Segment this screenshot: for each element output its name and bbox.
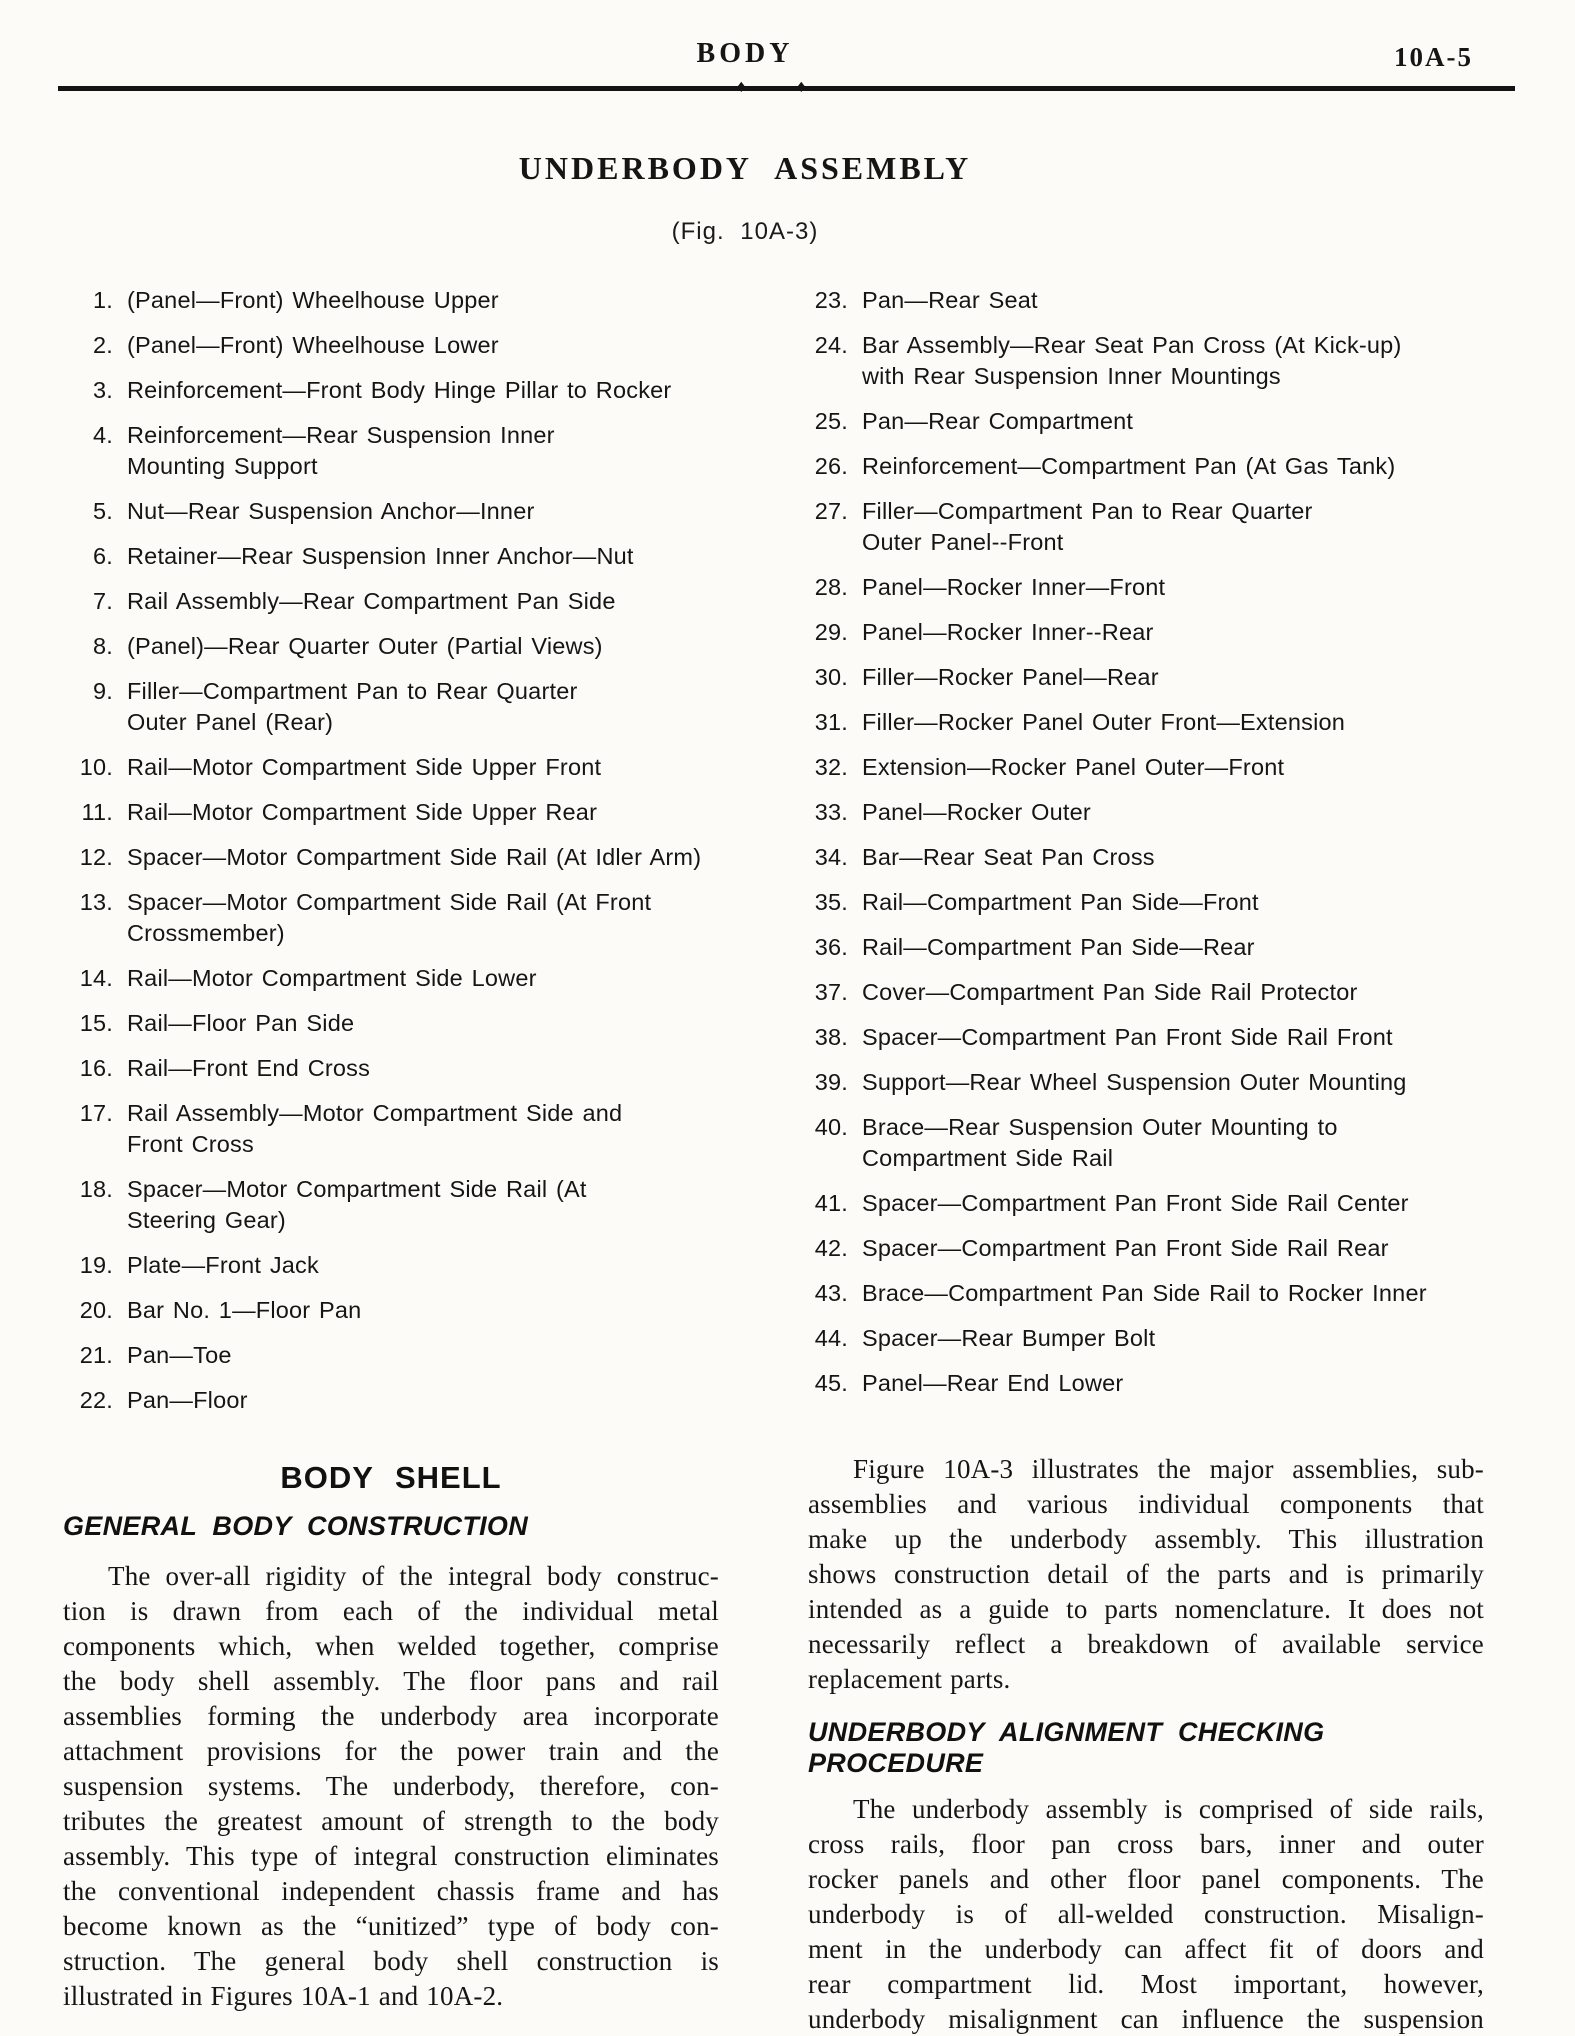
part-name: Nut—Rear Suspension Anchor—Inner xyxy=(127,496,535,527)
parts-list-item: 19. Plate—Front Jack xyxy=(63,1250,727,1281)
parts-list-item: 37. Cover—Compartment Pan Side Rail Prot… xyxy=(800,977,1512,1008)
part-number: 5. xyxy=(63,496,113,527)
part-number: 35. xyxy=(800,887,848,918)
part-name: Retainer—Rear Suspension Inner Anchor—Nu… xyxy=(127,541,634,572)
parts-list-item: 12. Spacer—Motor Compartment Side Rail (… xyxy=(63,842,727,873)
parts-list-item: 10. Rail—Motor Compartment Side Upper Fr… xyxy=(63,752,727,783)
part-name: Pan—Toe xyxy=(127,1340,232,1371)
part-number: 36. xyxy=(800,932,848,963)
parts-list-item: 7. Rail Assembly—Rear Compartment Pan Si… xyxy=(63,586,727,617)
part-name: Pan—Rear Compartment xyxy=(862,406,1133,437)
part-number: 33. xyxy=(800,797,848,828)
part-name: Reinforcement—Front Body Hinge Pillar to… xyxy=(127,375,671,406)
parts-list-item: 18. Spacer—Motor Compartment Side Rail (… xyxy=(63,1174,727,1236)
parts-list-item: 3. Reinforcement—Front Body Hinge Pillar… xyxy=(63,375,727,406)
part-name: Filler—Rocker Panel Outer Front—Extensio… xyxy=(862,707,1345,738)
parts-list-item: 6. Retainer—Rear Suspension Inner Anchor… xyxy=(63,541,727,572)
parts-list-item: 25. Pan—Rear Compartment xyxy=(800,406,1512,437)
diamond-ornament-icon: ♦ xyxy=(735,79,748,97)
parts-list-left: 1. (Panel—Front) Wheelhouse Upper 2. (Pa… xyxy=(63,285,727,1430)
part-number: 20. xyxy=(63,1295,113,1326)
parts-list-item: 29. Panel—Rocker Inner--Rear xyxy=(800,617,1512,648)
part-name: Rail—Compartment Pan Side—Rear xyxy=(862,932,1255,963)
parts-list-item: 27. Filler—Compartment Pan to Rear Quart… xyxy=(800,496,1512,558)
part-number: 17. xyxy=(63,1098,113,1160)
part-name: Extension—Rocker Panel Outer—Front xyxy=(862,752,1284,783)
parts-list-item: 13. Spacer—Motor Compartment Side Rail (… xyxy=(63,887,727,949)
part-name: Bar No. 1—Floor Pan xyxy=(127,1295,361,1326)
part-number: 6. xyxy=(63,541,113,572)
parts-list-right: 23. Pan—Rear Seat 24. Bar Assembly—Rear … xyxy=(800,285,1512,1413)
parts-list-item: 38. Spacer—Compartment Pan Front Side Ra… xyxy=(800,1022,1512,1053)
part-name: Filler—Compartment Pan to Rear Quarter O… xyxy=(127,676,578,738)
parts-list-item: 39. Support—Rear Wheel Suspension Outer … xyxy=(800,1067,1512,1098)
part-number: 27. xyxy=(800,496,848,558)
part-number: 43. xyxy=(800,1278,848,1309)
parts-list-item: 20. Bar No. 1—Floor Pan xyxy=(63,1295,727,1326)
part-name: Spacer—Motor Compartment Side Rail (At S… xyxy=(127,1174,587,1236)
part-number: 23. xyxy=(800,285,848,316)
part-number: 25. xyxy=(800,406,848,437)
part-number: 26. xyxy=(800,451,848,482)
parts-list-item: 22. Pan—Floor xyxy=(63,1385,727,1416)
parts-list-item: 8. (Panel)—Rear Quarter Outer (Partial V… xyxy=(63,631,727,662)
part-name: Panel—Rear End Lower xyxy=(862,1368,1123,1399)
parts-list-item: 4. Reinforcement—Rear Suspension Inner M… xyxy=(63,420,727,482)
part-name: Panel—Rocker Inner—Front xyxy=(862,572,1165,603)
part-number: 19. xyxy=(63,1250,113,1281)
part-number: 29. xyxy=(800,617,848,648)
header-rule: ♦ ♦ xyxy=(58,86,1515,91)
parts-list-item: 44. Spacer—Rear Bumper Bolt xyxy=(800,1323,1512,1354)
figure-note-and-alignment-section: Figure 10A-3 illustrates the major assem… xyxy=(808,1452,1484,2036)
part-number: 22. xyxy=(63,1385,113,1416)
part-name: Bar Assembly—Rear Seat Pan Cross (At Kic… xyxy=(862,330,1401,392)
part-number: 12. xyxy=(63,842,113,873)
part-name: (Panel)—Rear Quarter Outer (Partial View… xyxy=(127,631,603,662)
part-name: Bar—Rear Seat Pan Cross xyxy=(862,842,1155,873)
part-number: 16. xyxy=(63,1053,113,1084)
part-name: Rail—Compartment Pan Side—Front xyxy=(862,887,1259,918)
part-number: 1. xyxy=(63,285,113,316)
part-name: Panel—Rocker Outer xyxy=(862,797,1091,828)
part-name: Rail—Front End Cross xyxy=(127,1053,370,1084)
parts-list-item: 1. (Panel—Front) Wheelhouse Upper xyxy=(63,285,727,316)
part-number: 18. xyxy=(63,1174,113,1236)
section-heading-body-shell: BODY SHELL xyxy=(63,1460,719,1496)
parts-list-item: 41. Spacer—Compartment Pan Front Side Ra… xyxy=(800,1188,1512,1219)
part-name: Brace—Compartment Pan Side Rail to Rocke… xyxy=(862,1278,1427,1309)
part-number: 24. xyxy=(800,330,848,392)
part-name: Pan—Rear Seat xyxy=(862,285,1038,316)
part-number: 14. xyxy=(63,963,113,994)
part-name: Panel—Rocker Inner--Rear xyxy=(862,617,1154,648)
part-name: Plate—Front Jack xyxy=(127,1250,319,1281)
part-name: Reinforcement—Compartment Pan (At Gas Ta… xyxy=(862,451,1395,482)
parts-list-item: 42. Spacer—Compartment Pan Front Side Ra… xyxy=(800,1233,1512,1264)
part-number: 4. xyxy=(63,420,113,482)
part-number: 40. xyxy=(800,1112,848,1174)
part-name: Spacer—Compartment Pan Front Side Rail R… xyxy=(862,1233,1389,1264)
part-name: Rail Assembly—Motor Compartment Side and… xyxy=(127,1098,622,1160)
part-number: 11. xyxy=(63,797,113,828)
part-name: (Panel—Front) Wheelhouse Upper xyxy=(127,285,499,316)
part-name: Rail—Floor Pan Side xyxy=(127,1008,354,1039)
parts-list-item: 2. (Panel—Front) Wheelhouse Lower xyxy=(63,330,727,361)
part-name: Pan—Floor xyxy=(127,1385,248,1416)
parts-list-item: 34. Bar—Rear Seat Pan Cross xyxy=(800,842,1512,873)
part-number: 38. xyxy=(800,1022,848,1053)
parts-list-item: 31. Filler—Rocker Panel Outer Front—Exte… xyxy=(800,707,1512,738)
part-name: Filler—Compartment Pan to Rear Quarter O… xyxy=(862,496,1313,558)
part-number: 41. xyxy=(800,1188,848,1219)
part-name: Spacer—Compartment Pan Front Side Rail F… xyxy=(862,1022,1393,1053)
parts-list-item: 14. Rail—Motor Compartment Side Lower xyxy=(63,963,727,994)
parts-list-item: 28. Panel—Rocker Inner—Front xyxy=(800,572,1512,603)
part-name: Brace—Rear Suspension Outer Mounting to … xyxy=(862,1112,1338,1174)
parts-list-item: 45. Panel—Rear End Lower xyxy=(800,1368,1512,1399)
parts-list-item: 11. Rail—Motor Compartment Side Upper Re… xyxy=(63,797,727,828)
parts-list-item: 26. Reinforcement—Compartment Pan (At Ga… xyxy=(800,451,1512,482)
diamond-ornament-icon: ♦ xyxy=(795,79,808,97)
parts-list-item: 33. Panel—Rocker Outer xyxy=(800,797,1512,828)
part-number: 39. xyxy=(800,1067,848,1098)
parts-list-item: 35. Rail—Compartment Pan Side—Front xyxy=(800,887,1512,918)
parts-list-item: 32. Extension—Rocker Panel Outer—Front xyxy=(800,752,1512,783)
part-number: 7. xyxy=(63,586,113,617)
part-name: (Panel—Front) Wheelhouse Lower xyxy=(127,330,499,361)
paragraph-last-line: illustrated in Figures 10A-1 and 10A-2. xyxy=(63,1979,719,2014)
parts-list-item: 30. Filler—Rocker Panel—Rear xyxy=(800,662,1512,693)
paragraph-text: The over-all rigidity of the integral bo… xyxy=(63,1561,719,1976)
paragraph-text: Figure 10A-3 illustrates the major assem… xyxy=(808,1454,1484,1659)
part-number: 3. xyxy=(63,375,113,406)
part-name: Rail Assembly—Rear Compartment Pan Side xyxy=(127,586,616,617)
part-number: 21. xyxy=(63,1340,113,1371)
subsection-heading-underbody-alignment: UNDERBODY ALIGNMENT CHECKING PROCEDURE xyxy=(808,1717,1484,1779)
parts-list-item: 21. Pan—Toe xyxy=(63,1340,727,1371)
page-title: UNDERBODY ASSEMBLY xyxy=(0,150,1490,187)
part-number: 44. xyxy=(800,1323,848,1354)
part-number: 10. xyxy=(63,752,113,783)
underbody-alignment-paragraph: The underbody assembly is comprised of s… xyxy=(808,1792,1484,2036)
parts-list-item: 40. Brace—Rear Suspension Outer Mounting… xyxy=(800,1112,1512,1174)
part-number: 13. xyxy=(63,887,113,949)
parts-list-item: 24. Bar Assembly—Rear Seat Pan Cross (At… xyxy=(800,330,1512,392)
part-number: 31. xyxy=(800,707,848,738)
part-name: Spacer—Rear Bumper Bolt xyxy=(862,1323,1155,1354)
parts-list-item: 17. Rail Assembly—Motor Compartment Side… xyxy=(63,1098,727,1160)
figure-reference: (Fig. 10A-3) xyxy=(0,218,1490,246)
part-number: 2. xyxy=(63,330,113,361)
parts-list-item: 23. Pan—Rear Seat xyxy=(800,285,1512,316)
general-body-construction-paragraph: The over-all rigidity of the integral bo… xyxy=(63,1559,719,2014)
parts-list-item: 36. Rail—Compartment Pan Side—Rear xyxy=(800,932,1512,963)
parts-list-item: 15. Rail—Floor Pan Side xyxy=(63,1008,727,1039)
parts-list-item: 43. Brace—Compartment Pan Side Rail to R… xyxy=(800,1278,1512,1309)
parts-list-item: 9. Filler—Compartment Pan to Rear Quarte… xyxy=(63,676,727,738)
part-number: 45. xyxy=(800,1368,848,1399)
running-header-title: BODY xyxy=(0,38,1490,70)
parts-list-item: 16. Rail—Front End Cross xyxy=(63,1053,727,1084)
part-name: Cover—Compartment Pan Side Rail Protecto… xyxy=(862,977,1358,1008)
subsection-heading-general-body-construction: GENERAL BODY CONSTRUCTION xyxy=(63,1511,719,1542)
part-number: 32. xyxy=(800,752,848,783)
part-name: Spacer—Compartment Pan Front Side Rail C… xyxy=(862,1188,1409,1219)
part-name: Reinforcement—Rear Suspension Inner Moun… xyxy=(127,420,555,482)
part-name: Rail—Motor Compartment Side Upper Rear xyxy=(127,797,597,828)
page-number: 10A-5 xyxy=(1394,42,1473,73)
figure-note-paragraph: Figure 10A-3 illustrates the major assem… xyxy=(808,1452,1484,1697)
part-name: Rail—Motor Compartment Side Upper Front xyxy=(127,752,601,783)
part-name: Support—Rear Wheel Suspension Outer Moun… xyxy=(862,1067,1407,1098)
paragraph-last-line: replacement parts. xyxy=(808,1662,1484,1697)
paragraph-text: The underbody assembly is comprised of s… xyxy=(808,1794,1484,2034)
part-number: 42. xyxy=(800,1233,848,1264)
part-name: Filler—Rocker Panel—Rear xyxy=(862,662,1159,693)
part-name: Spacer—Motor Compartment Side Rail (At F… xyxy=(127,887,651,949)
parts-list-item: 5. Nut—Rear Suspension Anchor—Inner xyxy=(63,496,727,527)
part-number: 30. xyxy=(800,662,848,693)
part-name: Rail—Motor Compartment Side Lower xyxy=(127,963,537,994)
part-number: 34. xyxy=(800,842,848,873)
manual-page: BODY 10A-5 ♦ ♦ UNDERBODY ASSEMBLY (Fig. … xyxy=(0,0,1575,2036)
part-number: 8. xyxy=(63,631,113,662)
part-number: 37. xyxy=(800,977,848,1008)
part-number: 15. xyxy=(63,1008,113,1039)
part-number: 9. xyxy=(63,676,113,738)
body-shell-section: BODY SHELL GENERAL BODY CONSTRUCTION The… xyxy=(63,1460,719,2016)
part-name: Spacer—Motor Compartment Side Rail (At I… xyxy=(127,842,701,873)
part-number: 28. xyxy=(800,572,848,603)
